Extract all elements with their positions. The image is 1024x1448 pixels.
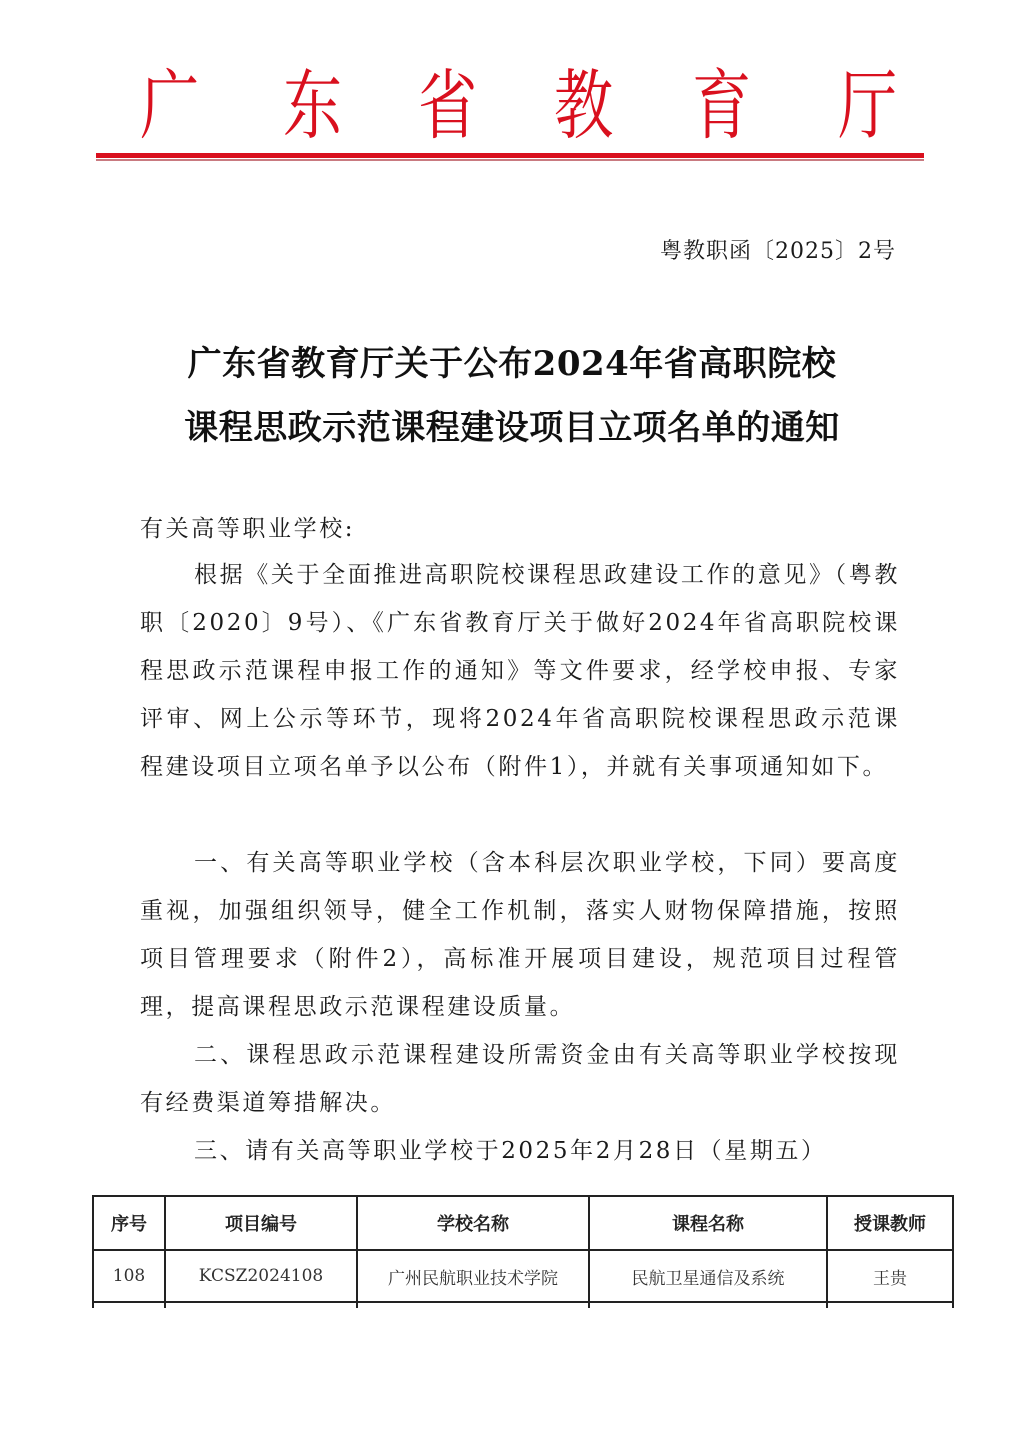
page-bottom-margin <box>0 1308 1024 1448</box>
cell-school: 广州民航职业技术学院 <box>357 1250 589 1302</box>
document-number: 粤教职函〔2025〕2号 <box>660 234 896 265</box>
salutation: 有关高等职业学校: <box>140 505 900 553</box>
cell-index: 108 <box>93 1250 165 1302</box>
masthead-char: 教 <box>554 66 613 146</box>
table-row: 108 KCSZ2024108 广州民航职业技术学院 民航卫星通信及系统 王贵 <box>93 1250 953 1302</box>
document-title-line2: 课程思政示范课程建设项目立项名单的通知 <box>0 400 1024 449</box>
paragraph-item-3: 三、请有关高等职业学校于2025年2月28日（星期五） <box>140 1127 900 1175</box>
column-header-school: 学校名称 <box>357 1196 589 1250</box>
masthead-char: 东 <box>283 66 342 146</box>
document-title-line1: 广东省教育厅关于公布2024年省高职院校 <box>0 336 1024 385</box>
masthead-char: 广 <box>140 66 199 146</box>
column-header-teacher: 授课教师 <box>827 1196 953 1250</box>
paragraph-item-2: 二、课程思政示范课程建设所需资金由有关高等职业学校按现有经费渠道筹措解决。 <box>140 1031 900 1127</box>
red-divider-thick <box>96 153 924 158</box>
masthead-char: 厅 <box>838 66 897 146</box>
masthead-char: 育 <box>692 66 751 146</box>
column-header-course: 课程名称 <box>589 1196 827 1250</box>
table-header-row: 序号 项目编号 学校名称 课程名称 授课教师 <box>93 1196 953 1250</box>
project-list-table: 序号 项目编号 学校名称 课程名称 授课教师 108 KCSZ2024108 广… <box>92 1195 954 1313</box>
red-divider-thin <box>96 159 924 161</box>
cell-teacher: 王贵 <box>827 1250 953 1302</box>
paragraph-intro: 根据《关于全面推进高职院校课程思政建设工作的意见》（粤教职〔2020〕9号）、《… <box>140 551 900 791</box>
cell-course: 民航卫星通信及系统 <box>589 1250 827 1302</box>
masthead-char: 省 <box>418 66 477 146</box>
masthead: 广 东 省 教 育 厅 <box>96 66 924 146</box>
column-header-index: 序号 <box>93 1196 165 1250</box>
column-header-project-code: 项目编号 <box>165 1196 357 1250</box>
paragraph-item-1: 一、有关高等职业学校（含本科层次职业学校，下同）要高度重视，加强组织领导，健全工… <box>140 839 900 1031</box>
cell-project-code: KCSZ2024108 <box>165 1250 357 1302</box>
